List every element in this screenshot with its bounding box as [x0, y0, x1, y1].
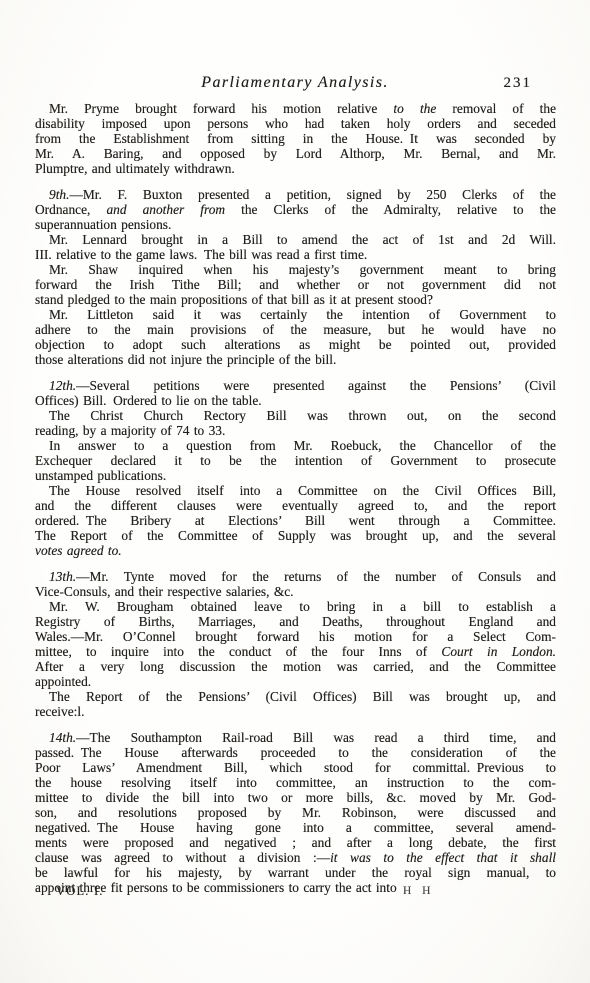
text-segment: son, and resolutions proposed by Mr. Rob…: [35, 805, 556, 820]
text-line: Wales.—Mr. O’Connel brought forward his …: [35, 629, 556, 644]
text-segment: —Mr. F. Buxton presented a petition, sig…: [69, 187, 556, 202]
text-segment: adhere to the main provisions of the mea…: [35, 322, 556, 337]
text-line: unstamped publications.: [35, 468, 556, 483]
text-segment: stand pledged to the main propositions o…: [35, 292, 433, 307]
text-segment: Poor Laws’ Amendment Bill, which stood f…: [35, 760, 556, 775]
text-line: those alterations did not injure the pri…: [35, 352, 556, 367]
text-segment: receive:l.: [35, 704, 84, 719]
text-line: son, and resolutions proposed by Mr. Rob…: [35, 805, 556, 820]
text-line: clause was agreed to without a division …: [35, 850, 556, 865]
paragraph: Mr. Pryme brought forward his motion rel…: [35, 101, 556, 176]
day-entry-paragraph: 14th.—The Southampton Rail-road Bill was…: [35, 730, 556, 895]
signature-mark: H H: [403, 885, 435, 897]
text-line: be lawful for his majesty, by warrant un…: [35, 865, 556, 880]
text-segment: Mr. W. Brougham obtained leave to bring …: [49, 599, 556, 614]
paragraph: Mr. Shaw inquired when his majesty’s gov…: [35, 262, 556, 307]
text-segment: Registry of Births, Marriages, and Death…: [35, 614, 556, 629]
text-segment: clause was agreed to without a division …: [35, 850, 330, 865]
text-segment: the house resolving itself into committe…: [35, 775, 556, 790]
text-segment: —Several petitions were presented agains…: [76, 378, 556, 393]
text-segment: Mr. Pryme brought forward his motion rel…: [49, 101, 393, 116]
text-line: The Report of the Committee of Supply wa…: [35, 528, 556, 543]
day-entry-paragraph: 13th.—Mr. Tynte moved for the returns of…: [35, 569, 556, 599]
text-line: votes agreed to.: [35, 543, 556, 558]
italic-text-segment: 13th.: [49, 569, 76, 584]
text-segment: Mr. Littleton said it was certainly the …: [49, 307, 556, 322]
text-line: and the different clauses were eventuall…: [35, 498, 556, 513]
italic-text-segment: 12th.: [49, 378, 76, 393]
text-segment: Wales.—Mr. O’Connel brought forward his …: [35, 629, 556, 644]
text-segment: passed. The House afterwards proceeded t…: [35, 745, 556, 760]
text-line: appointed.: [35, 674, 556, 689]
text-line: mittee, to inquire into the conduct of t…: [35, 644, 556, 659]
text-line: Mr. Littleton said it was certainly the …: [35, 307, 556, 322]
text-line: Mr. Lennard brought in a Bill to amend t…: [35, 232, 556, 247]
text-line: After a very long discussion the motion …: [35, 659, 556, 674]
text-line: adhere to the main provisions of the mea…: [35, 322, 556, 337]
text-line: Offices) Bill. Ordered to lie on the tab…: [35, 393, 556, 408]
text-line: forward the Irish Tithe Bill; and whethe…: [35, 277, 556, 292]
text-segment: —The Southampton Rail-road Bill was read…: [76, 730, 556, 745]
day-entry-paragraph: 9th.—Mr. F. Buxton presented a petition,…: [35, 187, 556, 232]
page-number: 231: [504, 75, 533, 92]
text-line: passed. The House afterwards proceeded t…: [35, 745, 556, 760]
text-line: The Report of the Pensions’ (Civil Offic…: [35, 689, 556, 704]
volume-label: VOL. I.: [56, 884, 104, 899]
text-line: Mr. Pryme brought forward his motion rel…: [35, 101, 556, 116]
text-segment: The Report of the Pensions’ (Civil Offic…: [49, 689, 556, 704]
text-segment: appointed.: [35, 674, 91, 689]
paragraph: In answer to a question from Mr. Roebuck…: [35, 438, 556, 483]
text-segment: negatived. The House having gone into a …: [35, 820, 556, 835]
text-line: stand pledged to the main propositions o…: [35, 292, 556, 307]
text-segment: Plumptre, and ultimately withdrawn.: [35, 161, 235, 176]
text-line: The Christ Church Rectory Bill was throw…: [35, 408, 556, 423]
text-line: negatived. The House having gone into a …: [35, 820, 556, 835]
page-body: Mr. Pryme brought forward his motion rel…: [35, 101, 556, 895]
text-segment: ordered. The Bribery at Elections’ Bill …: [35, 513, 556, 528]
text-segment: mittee, to inquire into the conduct of t…: [35, 644, 441, 659]
text-line: In answer to a question from Mr. Roebuck…: [35, 438, 556, 453]
text-segment: —Mr. Tynte moved for the returns of the …: [76, 569, 556, 584]
text-segment: Vice-Consuls, and their respective salar…: [35, 584, 294, 599]
italic-text-segment: votes agreed to.: [35, 543, 122, 558]
text-segment: objection to adopt such alterations as m…: [35, 337, 556, 352]
day-entry-paragraph: 12th.—Several petitions were presented a…: [35, 378, 556, 408]
text-line: Poor Laws’ Amendment Bill, which stood f…: [35, 760, 556, 775]
text-segment: superannuation pensions.: [35, 217, 171, 232]
text-segment: The Christ Church Rectory Bill was throw…: [49, 408, 556, 423]
text-line: Mr. W. Brougham obtained leave to bring …: [35, 599, 556, 614]
text-line: The House resolved itself into a Committ…: [35, 483, 556, 498]
text-line: reading, by a majority of 74 to 33.: [35, 423, 556, 438]
text-line: Plumptre, and ultimately withdrawn.: [35, 161, 556, 176]
text-segment: mittee to divide the bill into two or mo…: [35, 790, 556, 805]
italic-text-segment: and another from: [106, 202, 225, 217]
text-line: the house resolving itself into committe…: [35, 775, 556, 790]
text-segment: Mr. A. Baring, and opposed by Lord Altho…: [35, 146, 556, 161]
paragraph: Mr. W. Brougham obtained leave to bring …: [35, 599, 556, 689]
italic-text-segment: it was to the effect that it shall: [330, 850, 556, 865]
text-line: Mr. Shaw inquired when his majesty’s gov…: [35, 262, 556, 277]
paragraph: Mr. Lennard brought in a Bill to amend t…: [35, 232, 556, 262]
text-segment: III. relative to the game laws. The bill…: [35, 247, 367, 262]
italic-text-segment: Court in London.: [441, 644, 556, 659]
text-segment: reading, by a majority of 74 to 33.: [35, 423, 225, 438]
text-segment: In answer to a question from Mr. Roebuck…: [49, 438, 556, 453]
text-segment: Offices) Bill. Ordered to lie on the tab…: [35, 393, 262, 408]
running-title: Parliamentary Analysis.: [201, 74, 388, 91]
text-segment: Mr. Lennard brought in a Bill to amend t…: [49, 232, 556, 247]
text-segment: the Clerks of the Admiralty, relative to…: [225, 202, 556, 217]
text-segment: Ordnance,: [35, 202, 106, 217]
text-line: from the Establishment from sitting in t…: [35, 131, 556, 146]
text-line: ordered. The Bribery at Elections’ Bill …: [35, 513, 556, 528]
text-segment: disability imposed upon persons who had …: [35, 116, 556, 131]
text-line: Vice-Consuls, and their respective salar…: [35, 584, 556, 599]
text-segment: Exchequer declared it to be the intentio…: [35, 453, 556, 468]
text-segment: those alterations did not injure the pri…: [35, 352, 336, 367]
text-segment: After a very long discussion the motion …: [35, 659, 556, 674]
paragraph: The Report of the Pensions’ (Civil Offic…: [35, 689, 556, 719]
book-page: Parliamentary Analysis. 231 Mr. Pryme br…: [0, 0, 590, 983]
italic-text-segment: 9th.: [49, 187, 69, 202]
paragraph: The House resolved itself into a Committ…: [35, 483, 556, 558]
page-header: Parliamentary Analysis. 231: [30, 74, 560, 96]
text-segment: ments were proposed and negatived ; and …: [35, 835, 556, 850]
text-segment: forward the Irish Tithe Bill; and whethe…: [35, 277, 556, 292]
text-line: disability imposed upon persons who had …: [35, 116, 556, 131]
italic-text-segment: 14th.: [49, 730, 76, 745]
italic-text-segment: to the: [393, 101, 436, 116]
text-segment: Mr. Shaw inquired when his majesty’s gov…: [49, 262, 556, 277]
text-segment: The Report of the Committee of Supply wa…: [35, 528, 556, 543]
text-line: 14th.—The Southampton Rail-road Bill was…: [35, 730, 556, 745]
text-segment: removal of the: [436, 101, 556, 116]
text-line: mittee to divide the bill into two or mo…: [35, 790, 556, 805]
text-line: Registry of Births, Marriages, and Death…: [35, 614, 556, 629]
text-line: ments were proposed and negatived ; and …: [35, 835, 556, 850]
text-line: Exchequer declared it to be the intentio…: [35, 453, 556, 468]
text-segment: The House resolved itself into a Committ…: [49, 483, 556, 498]
text-line: III. relative to the game laws. The bill…: [35, 247, 556, 262]
text-line: Ordnance, and another from the Clerks of…: [35, 202, 556, 217]
text-segment: unstamped publications.: [35, 468, 166, 483]
paragraph: Mr. Littleton said it was certainly the …: [35, 307, 556, 367]
text-line: superannuation pensions.: [35, 217, 556, 232]
text-line: 12th.—Several petitions were presented a…: [35, 378, 556, 393]
text-line: Mr. A. Baring, and opposed by Lord Altho…: [35, 146, 556, 161]
text-segment: be lawful for his majesty, by warrant un…: [35, 865, 556, 880]
text-segment: and the different clauses were eventuall…: [35, 498, 556, 513]
text-line: objection to adopt such alterations as m…: [35, 337, 556, 352]
text-line: 9th.—Mr. F. Buxton presented a petition,…: [35, 187, 556, 202]
text-line: receive:l.: [35, 704, 556, 719]
page-footer: VOL. I. H H: [35, 884, 555, 902]
text-segment: from the Establishment from sitting in t…: [35, 131, 556, 146]
text-line: 13th.—Mr. Tynte moved for the returns of…: [35, 569, 556, 584]
paragraph: The Christ Church Rectory Bill was throw…: [35, 408, 556, 438]
